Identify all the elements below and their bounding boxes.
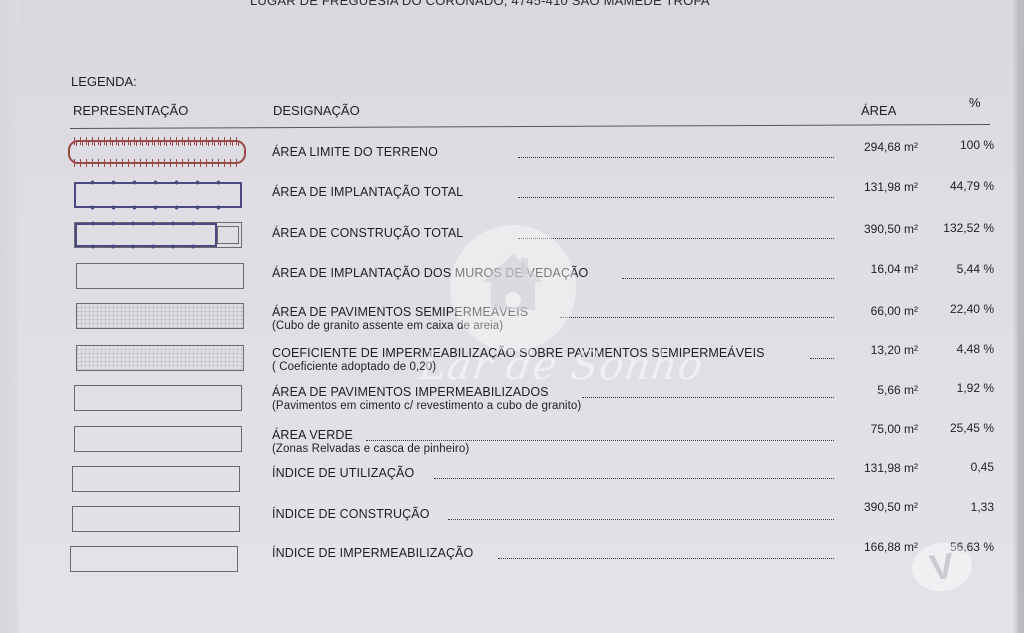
designation: ÁREA DE IMPLANTAÇÃO TOTAL — [272, 185, 463, 199]
legend-swatch-plain — [72, 466, 240, 492]
dotted-leader — [434, 478, 834, 479]
legend-swatch-plain — [72, 506, 240, 532]
designation-label: ÁREA DE IMPLANTAÇÃO TOTAL — [272, 185, 463, 199]
dotted-leader — [622, 278, 834, 279]
column-header-area: ÁREA — [861, 103, 896, 118]
dotted-leader — [518, 197, 834, 198]
percent-value: 100 % — [934, 138, 994, 152]
area-value: 5,66 m² — [823, 383, 918, 397]
area-value: 13,20 m² — [823, 343, 918, 357]
legend-swatch-hatched — [76, 303, 244, 329]
brand-watermark: Lar de Sonho — [417, 343, 707, 389]
area-value: 294,68 m² — [823, 140, 918, 154]
percent-value: 0,45 — [934, 460, 994, 474]
percent-value: 44,79 % — [934, 179, 994, 193]
designation-note: (Pavimentos em cimento c/ revestimento a… — [272, 400, 581, 412]
designation-label: ÍNDICE DE IMPERMEABILIZAÇÃO — [272, 546, 473, 560]
percent-value: 4,48 % — [934, 342, 994, 356]
designation: ÁREA LIMITE DO TERRENO — [272, 145, 438, 159]
column-header-percent: % — [969, 95, 981, 110]
legend-swatch-total-implantation — [74, 182, 242, 208]
area-value: 390,50 m² — [823, 500, 918, 514]
designation: ÁREA DE CONSTRUÇÃO TOTAL — [272, 226, 463, 240]
area-value: 131,98 m² — [823, 180, 918, 194]
construction-outline — [75, 223, 217, 247]
dotted-leader — [498, 558, 834, 559]
area-value: 390,50 m² — [823, 222, 918, 236]
designation: ÍNDICE DE CONSTRUÇÃO — [272, 507, 430, 521]
dotted-leader — [448, 519, 834, 520]
legend-swatch-plain — [74, 426, 242, 452]
dotted-leader — [582, 397, 834, 398]
dotted-leader — [810, 358, 834, 359]
percent-value: 25,45 % — [934, 421, 994, 435]
area-value: 75,00 m² — [823, 422, 918, 436]
designation-note: (Zonas Relvadas e casca de pinheiro) — [272, 443, 469, 455]
designation-label: ÁREA VERDE — [272, 428, 353, 442]
designation: ÍNDICE DE UTILIZAÇÃO — [272, 466, 414, 480]
legend-swatch-terrain-boundary — [68, 140, 246, 164]
designation-label: ÍNDICE DE UTILIZAÇÃO — [272, 466, 414, 480]
area-value: 166,88 m² — [823, 540, 918, 554]
percent-value: 1,92 % — [934, 381, 994, 395]
legend-swatch-hatched — [76, 345, 244, 371]
designation: ÁREA DE PAVIMENTOS IMPERMEABILIZADOS(Pav… — [272, 385, 581, 412]
house-watermark-icon — [479, 248, 547, 316]
legend-swatch-total-construction — [74, 222, 242, 248]
header-address: LUGAR DE FREGUESIA DO CORONADO, 4745-410… — [250, 0, 710, 8]
legend-title: LEGENDA: — [71, 74, 137, 89]
area-value: 16,04 m² — [823, 262, 918, 276]
dotted-leader — [518, 238, 834, 239]
designation-label: ÁREA DE CONSTRUÇÃO TOTAL — [272, 226, 463, 240]
designation: ÁREA VERDE(Zonas Relvadas e casca de pin… — [272, 428, 469, 455]
dotted-leader — [560, 317, 834, 318]
area-value: 66,00 m² — [823, 304, 918, 318]
percent-value: 132,52 % — [934, 221, 994, 235]
designation-label: ÍNDICE DE CONSTRUÇÃO — [272, 507, 430, 521]
designation: ÍNDICE DE IMPERMEABILIZAÇÃO — [272, 546, 473, 560]
dotted-leader — [366, 440, 834, 441]
annex-box — [217, 226, 239, 244]
percent-value: 1,33 — [934, 500, 994, 514]
percent-value: 5,44 % — [934, 262, 994, 276]
dotted-leader — [518, 157, 834, 158]
legend-swatch-plain — [70, 546, 238, 572]
designation-label: ÁREA LIMITE DO TERRENO — [272, 145, 438, 159]
column-header-representation: REPRESENTAÇÃO — [73, 103, 188, 118]
column-header-designation: DESIGNAÇÃO — [273, 103, 360, 118]
legend-swatch-plain — [74, 385, 242, 411]
percent-value: 22,40 % — [934, 302, 994, 316]
area-value: 131,98 m² — [823, 461, 918, 475]
legend-swatch-plain — [76, 263, 244, 289]
